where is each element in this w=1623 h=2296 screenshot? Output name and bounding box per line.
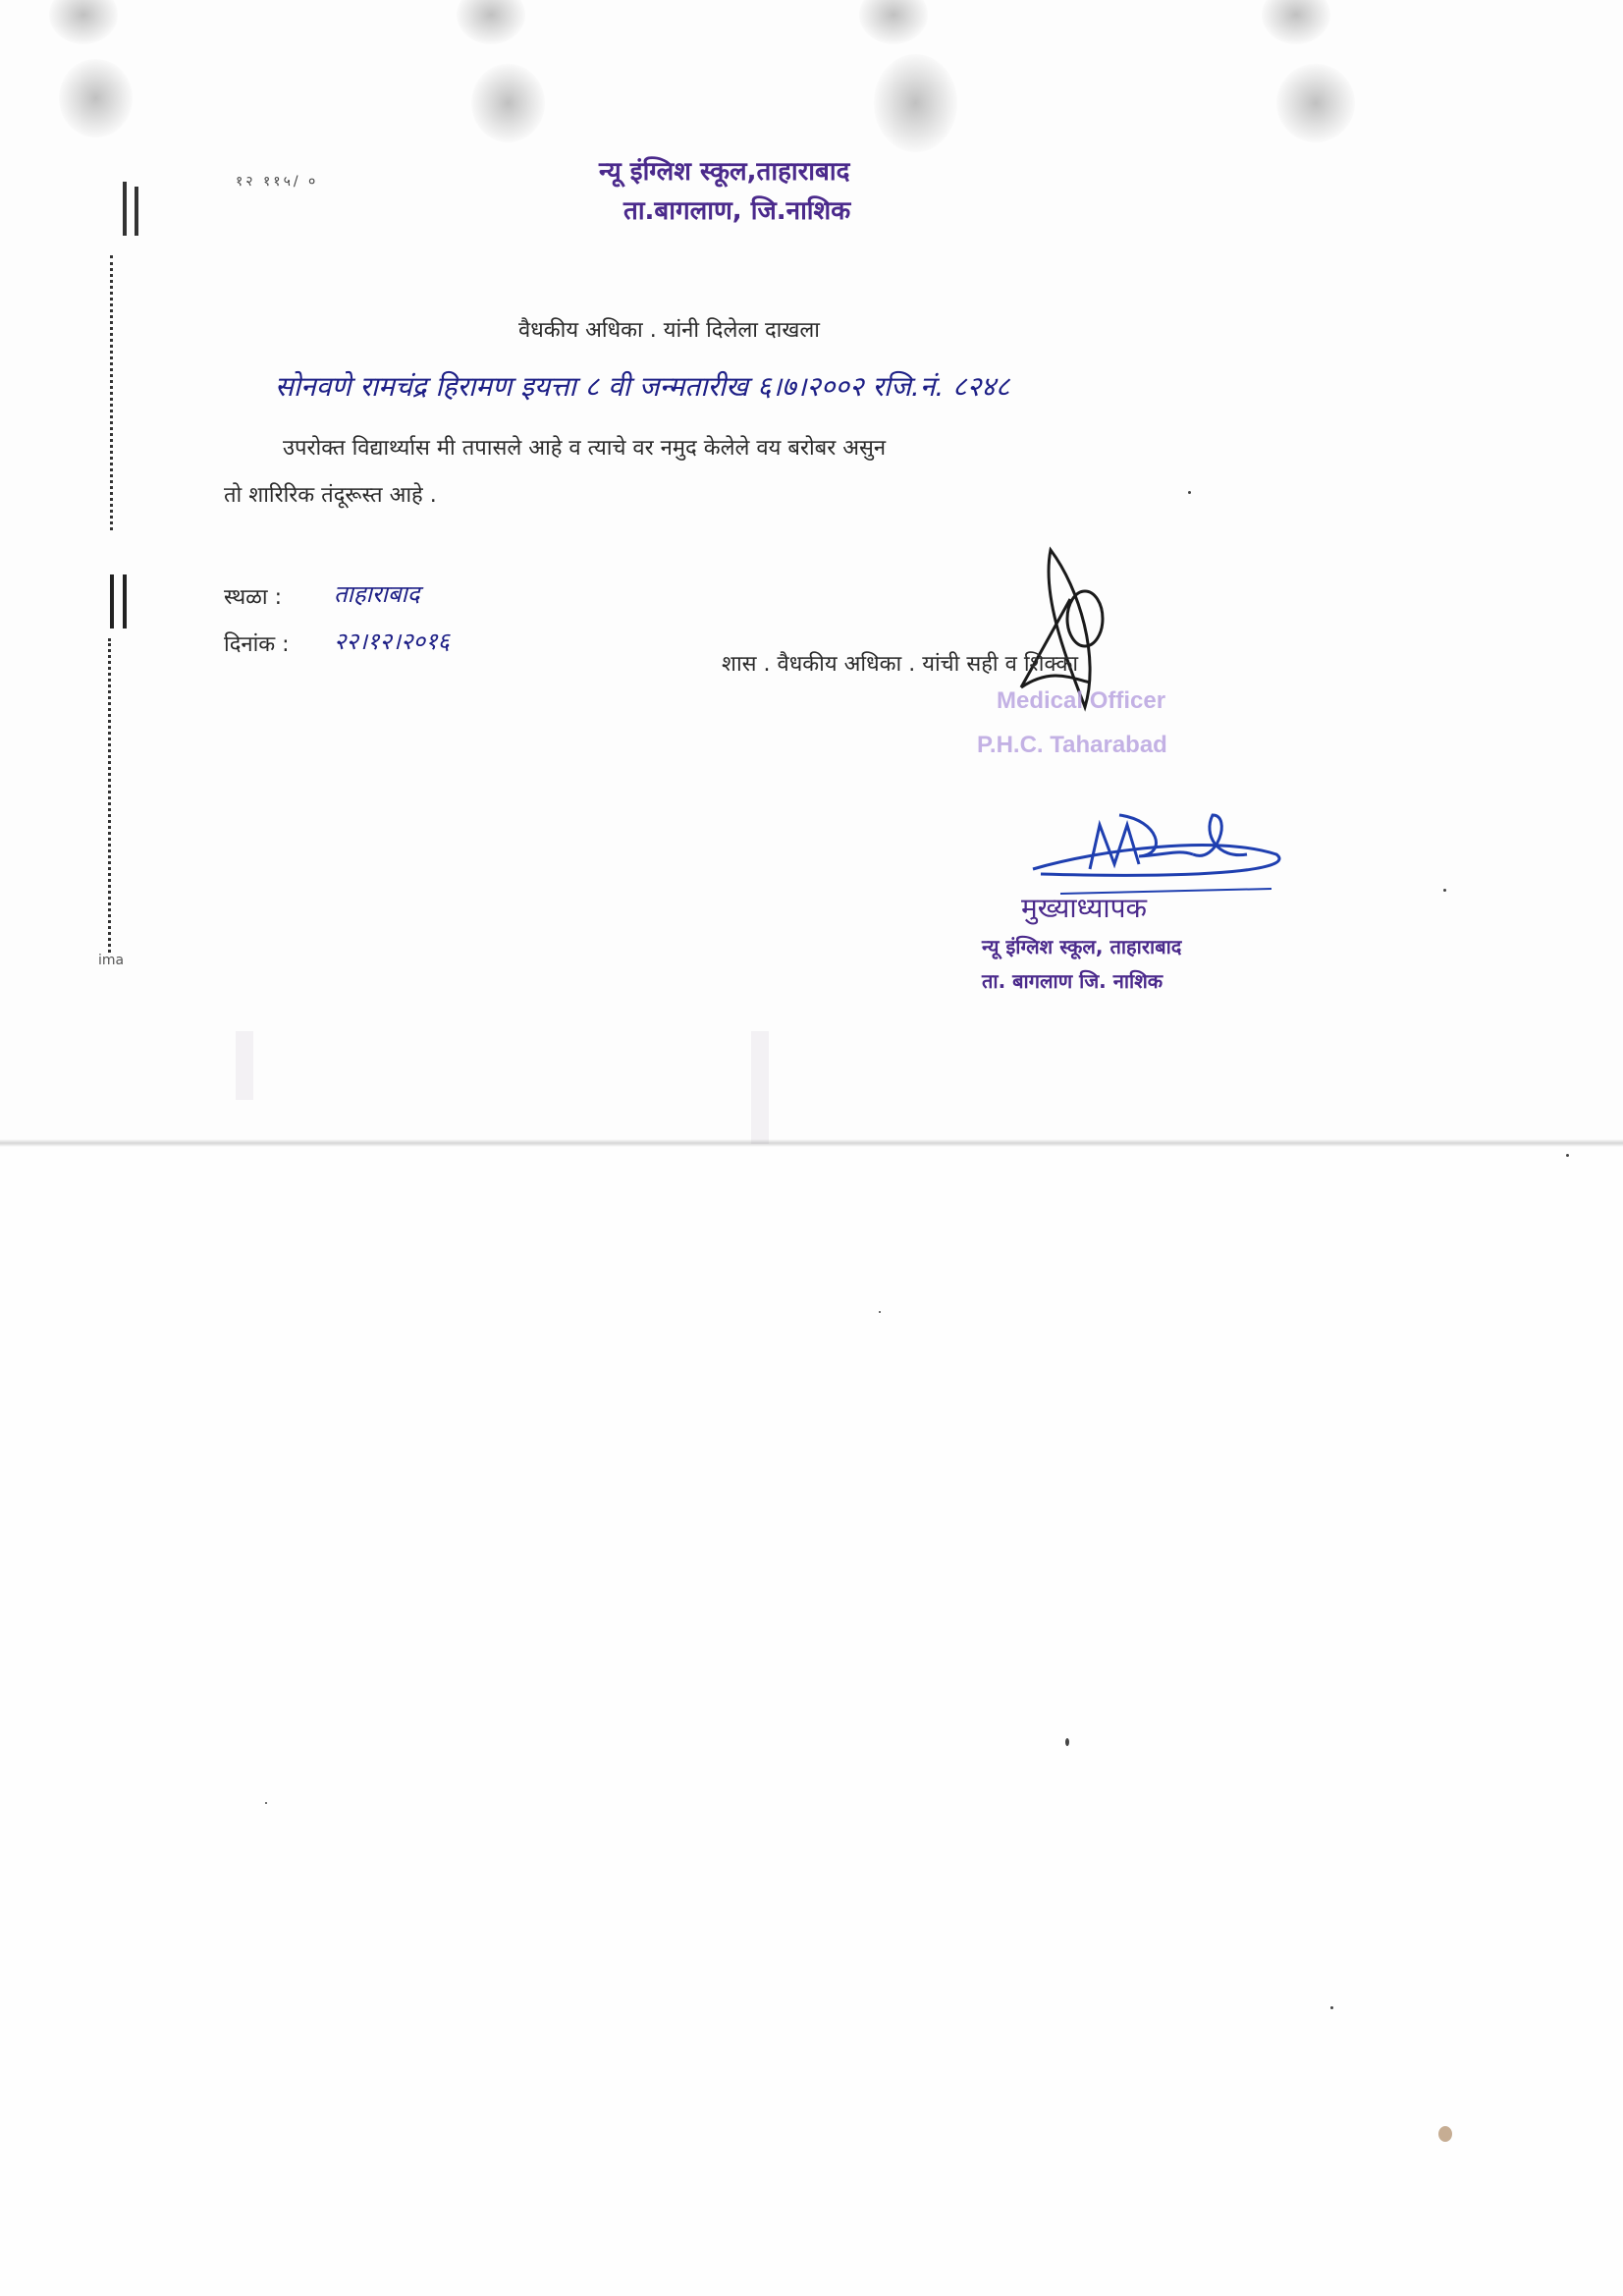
date-label: दिनांक : [224,629,290,658]
margin-mark: ima [98,953,124,968]
page-fold-line [0,1139,1623,1147]
speck [1443,889,1446,892]
place-value: ताहाराबाद [334,577,420,610]
speck [265,1802,267,1804]
handwritten-student-details: सोनवणे रामचंद्र हिरामण इयत्ता ८ वी जन्मत… [275,367,1009,405]
scanned-page: ima १२ ११५/ ० न्यू इंग्लिश स्कूल,ताहाराब… [0,0,1623,2296]
toner-smudge [471,64,545,142]
headmaster-stamp-line2: ता. बागलाण जि. नाशिक [982,967,1163,994]
body-line-1: उपरोक्त विद्यार्थ्यास मी तपासले आहे व त्… [283,432,886,462]
school-stamp-line1: न्यू इंग्लिश स्कूल,ताहाराबाद [599,152,849,188]
stain-spot [1438,2126,1452,2142]
medical-officer-stamp-line2: P.H.C. Taharabad [977,732,1167,759]
margin-mark [135,187,138,236]
speck [1065,1738,1069,1746]
scan-streak [751,1031,769,1144]
date-value: २२।१२।२०१६ [334,625,450,657]
top-left-mark: १२ ११५/ ० [236,172,318,191]
toner-smudge [1276,64,1355,142]
speck [1188,491,1191,494]
certificate-title: वैधकीय अधिका . यांनी दिलेला दाखला [518,314,820,344]
place-label: स्थळा : [224,581,282,611]
speck [1566,1154,1569,1157]
headmaster-title: मुख्याध्यापक [1021,889,1147,926]
margin-dots [110,255,113,530]
margin-mark [123,574,127,629]
margin-dots [108,638,111,953]
body-line-2: तो शारिरिक तंदूरूस्त आहे . [224,479,437,509]
speck [1330,2006,1333,2009]
medical-officer-stamp-line1: Medical Officer [997,687,1165,715]
school-stamp-line2: ता.बागलाण, जि.नाशिक [623,191,850,227]
margin-mark [123,182,127,236]
medical-officer-caption: शास . वैधकीय अधिका . यांची सही व शिक्का [722,648,1078,678]
margin-mark [110,574,114,629]
toner-smudge [59,59,133,137]
headmaster-stamp-line1: न्यू इंग्लिश स्कूल, ताहाराबाद [982,933,1181,959]
headmaster-signature [1021,795,1296,903]
toner-smudge [874,54,957,152]
scan-streak [236,1031,253,1100]
speck [879,1311,881,1313]
